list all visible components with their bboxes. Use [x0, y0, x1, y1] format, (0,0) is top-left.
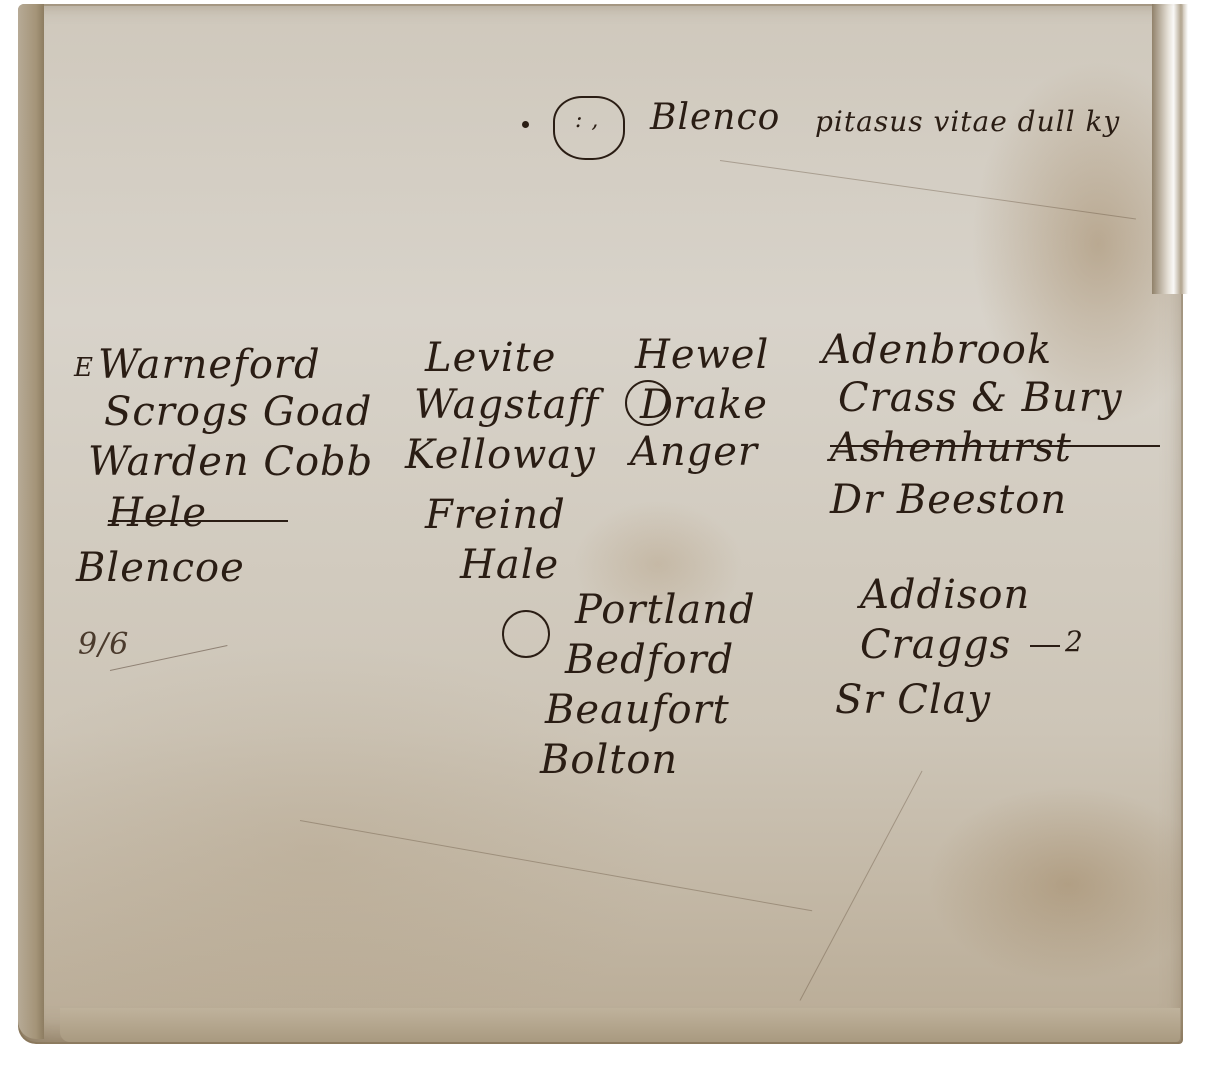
column3-entry: Drake	[640, 385, 768, 425]
face-symbol-marks: : ,	[575, 110, 599, 132]
column1-entry: Scrogs Goad	[104, 392, 372, 432]
column2-entry: Freind	[425, 495, 566, 535]
column2-entry: Levite	[425, 338, 556, 378]
column1-entry: Hele	[108, 493, 207, 533]
column2-entry: Kelloway	[405, 435, 596, 475]
underline-stroke	[108, 520, 288, 522]
lower-right-entry: Addison	[860, 575, 1030, 615]
margin-note: 9/6	[78, 630, 129, 660]
lower-left-entry: Bolton	[540, 740, 678, 780]
column3-entry: Hewel	[635, 335, 769, 375]
underline-stroke	[830, 445, 1160, 447]
page-left-edge	[18, 4, 44, 1039]
column4-entry: Crass & Bury	[838, 378, 1123, 418]
column3-entry: Anger	[630, 432, 758, 472]
lower-right-entry: Sr Clay	[835, 680, 991, 720]
lower-left-entry: Bedford	[565, 640, 734, 680]
column4-entry: Ashenhurst	[830, 428, 1072, 468]
page-right-edge-binding	[1152, 4, 1188, 294]
column1-entry: Warden Cobb	[88, 442, 373, 482]
column4-entry: Dr Beeston	[830, 480, 1067, 520]
lower-left-entry: Beaufort	[545, 690, 730, 730]
header-latin-text: pitasus vitae dull ky	[815, 108, 1120, 136]
column1-prefix-mark: E	[74, 355, 94, 381]
column4-entry: Adenbrook	[822, 330, 1052, 370]
header-name: Blenco	[650, 100, 780, 136]
lower-left-entry: Portland	[575, 590, 756, 630]
dash-stroke	[1030, 645, 1060, 647]
craggs-suffix: 2	[1065, 628, 1084, 656]
column1-entry: Warneford	[98, 345, 321, 385]
ink-dot	[522, 121, 529, 128]
circled-initial-mark	[502, 610, 550, 658]
column2-entry: Wagstaff	[414, 385, 599, 425]
column2-entry: Hale	[460, 545, 559, 585]
column1-entry: Blencoe	[76, 548, 245, 588]
lower-right-entry: Craggs	[860, 625, 1011, 665]
page-bottom-edge	[60, 1008, 1180, 1042]
